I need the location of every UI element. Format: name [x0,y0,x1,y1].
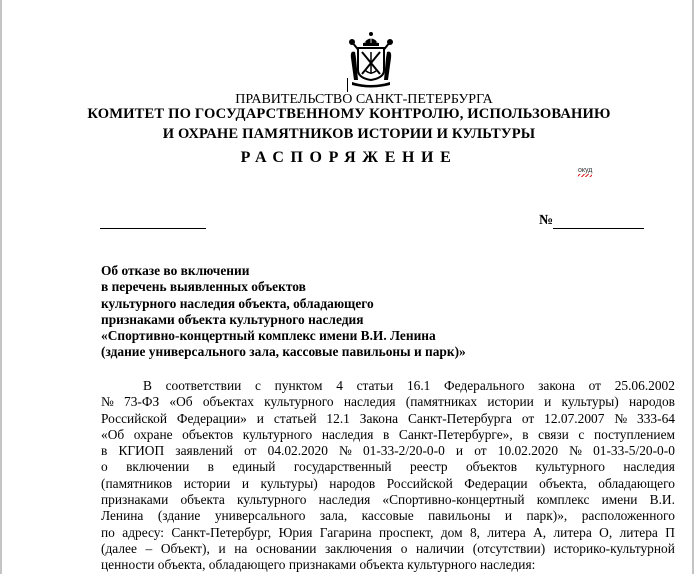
okud-label: окуд [578,167,592,174]
number-label: № [539,213,553,229]
body-line: Ленина(зданиеуниверсальногозала,кассовые… [101,508,675,524]
coat-of-arms-icon [346,30,396,88]
body-line: признакамиобъектакультурногонаследия«Спо… [101,492,675,508]
subject-line: в перечень выявленных объектов [101,279,466,295]
subject-line: (здание универсального зала, кассовые па… [101,344,466,360]
body-line: «ОбохранеобъектовкультурногонаследиявСан… [101,427,675,443]
body-line: №73-ФЗ«Обобъектахкультурногонаследия(пам… [101,394,675,410]
body-line: поадресу:Санкт-Петербург,ЮрияГагаринапро… [101,525,675,541]
document-type-title: РАСПОРЯЖЕНИЕ [2,149,694,167]
committee-name-line-2: И ОХРАНЕ ПАМЯТНИКОВ ИСТОРИИ И КУЛЬТУРЫ [2,126,694,143]
date-field-line[interactable] [100,228,206,229]
body-line: ценности объекта, обладающего признаками… [101,557,675,573]
number-field-line[interactable] [553,228,644,229]
text-cursor [347,78,348,92]
subject-line: культурного наследия объекта, обладающег… [101,296,466,312]
body-line: (далее–Объект),инаоснованиизаключенияона… [101,541,675,557]
subject-line: признаками объекта культурного наследия [101,312,466,328]
document-body: Всоответствииспунктом4статьи16.1Федераль… [101,378,675,574]
body-line: вКГИОПзаявленийот04.02.2020№01-33-2/20-0… [101,443,675,459]
body-line: (памятниковисторииикультуры)народовРосси… [101,476,675,492]
body-line: РоссийскойФедерации»истатьей12.1ЗаконаСа… [101,411,675,427]
document-page: ПРАВИТЕЛЬСТВО САНКТ-ПЕТЕРБУРГА КОМИТЕТ П… [0,0,694,574]
subject-line: «Спортивно-концертный комплекс имени В.И… [101,328,466,344]
body-line: Всоответствииспунктом4статьи16.1Федераль… [101,378,675,394]
body-line: овключениивединыйгосударственныйреестроб… [101,459,675,475]
committee-name-line-1: КОМИТЕТ ПО ГОСУДАРСТВЕННОМУ КОНТРОЛЮ, ИС… [2,106,694,123]
subject-line: Об отказе во включении [101,263,466,279]
document-subject: Об отказе во включении в перечень выявле… [101,263,466,361]
